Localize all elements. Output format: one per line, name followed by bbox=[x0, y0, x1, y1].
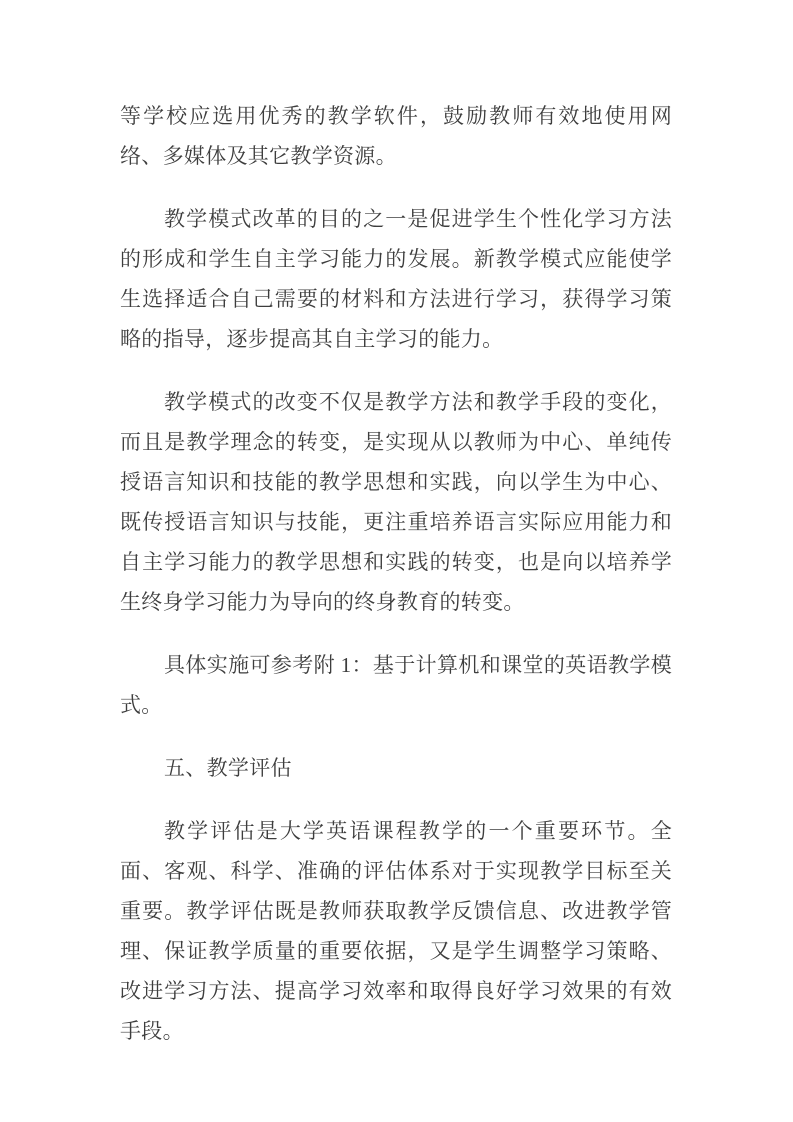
paragraph-continuation: 等学校应选用优秀的教学软件，鼓励教师有效地使用网络、多媒体及其它教学资源。 bbox=[120, 96, 672, 176]
paragraph-teaching-model-goal: 教学模式改革的目的之一是促进学生个性化学习方法的形成和学生自主学习能力的发展。新… bbox=[120, 199, 672, 359]
document-page: 等学校应选用优秀的教学软件，鼓励教师有效地使用网络、多媒体及其它教学资源。 教学… bbox=[0, 0, 793, 1122]
paragraph-teaching-model-change: 教学模式的改变不仅是教学方法和教学手段的变化，而且是教学理念的转变，是实现从以教… bbox=[120, 382, 672, 622]
paragraph-teaching-evaluation: 教学评估是大学英语课程教学的一个重要环节。全面、客观、科学、准确的评估体系对于实… bbox=[120, 811, 672, 1051]
section-heading-teaching-evaluation: 五、教学评估 bbox=[120, 748, 672, 788]
paragraph-appendix-reference: 具体实施可参考附 1：基于计算机和课堂的英语教学模式。 bbox=[120, 645, 672, 725]
